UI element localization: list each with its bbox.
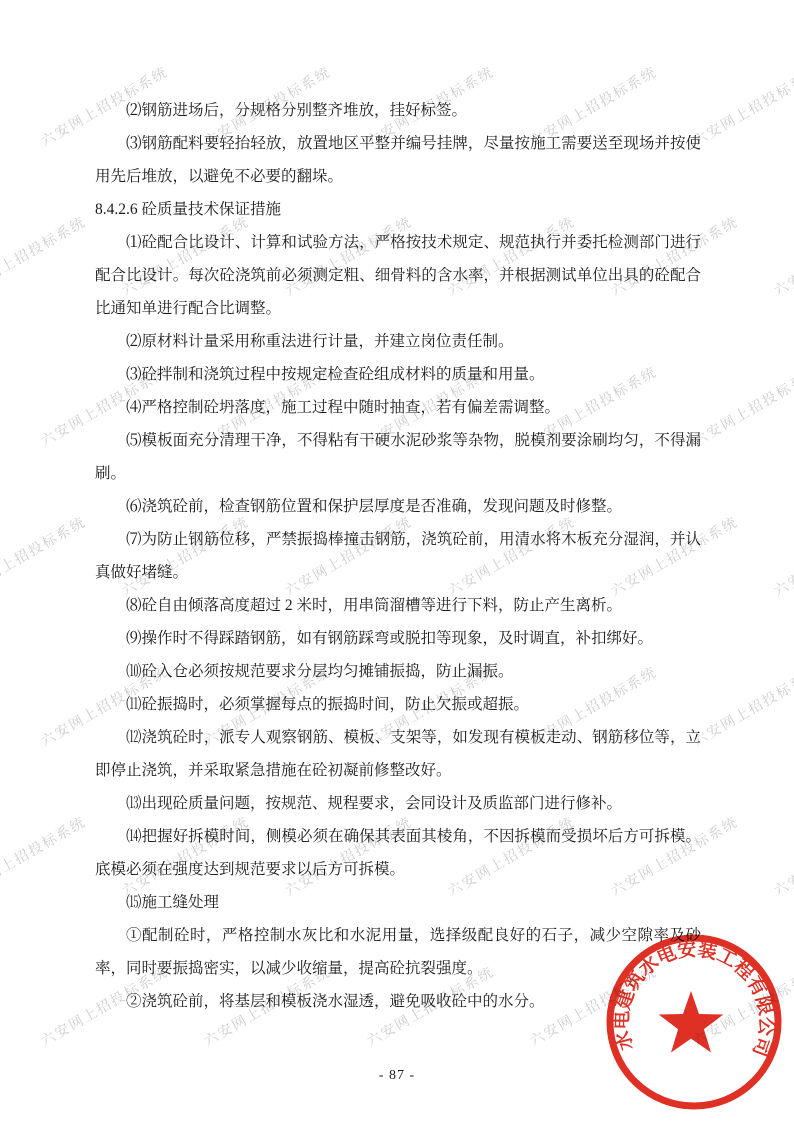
svg-text:水电建筑水电安装工程有限公司: 水电建筑水电安装工程有限公司 [610, 937, 778, 1059]
paragraph: ⑾砼振捣时，必须掌握每点的振捣时间，防止欠振或超振。 [95, 688, 701, 721]
paragraph: ⑼操作时不得踩踏钢筋，如有钢筋踩弯或脱扣等现象，及时调直，补扣绑好。 [95, 622, 701, 655]
seal-company-text: 水电建筑水电安装工程有限公司 [610, 937, 778, 1059]
watermark-text: 六安网上招投标系统 [770, 511, 794, 600]
paragraph: ⑵原材料计量采用称重法进行计量，并建立岗位责任制。 [95, 325, 701, 358]
watermark-text: 六安网上招投标系统 [770, 811, 794, 900]
paragraph: ⒂施工缝处理 [95, 886, 701, 919]
watermark-text: 六安网上招投标系统 [689, 361, 794, 450]
document-page: 六安网上招投标系统六安网上招投标系统六安网上招投标系统六安网上招投标系统六安网上… [0, 0, 794, 1122]
paragraph: ⑹浇筑砼前，检查钢筋位置和保护层厚度是否准确，发现问题及时修整。 [95, 490, 701, 523]
paragraph: ⒀出现砼质量问题，按规范、规程要求，会同设计及质监部门进行修补。 [95, 787, 701, 820]
paragraph: ⑿浇筑砼时，派专人观察钢筋、模板、支架等，如发现有模板走动、钢筋移位等，立即停止… [95, 721, 701, 787]
watermark-text: 六安网上招投标系统 [0, 511, 90, 600]
watermark-text: 六安网上招投标系统 [0, 811, 90, 900]
paragraph: ⑶砼拌制和浇筑过程中按规定检查砼组成材料的质量和用量。 [95, 358, 701, 391]
watermark-text: 六安网上招投标系统 [607, 0, 742, 1]
watermark-text: 六安网上招投标系统 [770, 0, 794, 1]
paragraph: ⑺为防止钢筋位移，严禁振捣棒撞击钢筋，浇筑砼前，用清水将木板充分湿润，并认真做好… [95, 523, 701, 589]
watermark-text: 六安网上招投标系统 [689, 61, 794, 150]
section-heading: 8.4.2.6 砼质量技术保证措施 [95, 193, 701, 226]
paragraph: ⑽砼入仓必须按规范要求分层均匀摊铺振捣，防止漏振。 [95, 655, 701, 688]
watermark-text: 六安网上招投标系统 [0, 211, 90, 300]
paragraph: ⑶钢筋配料要轻抬轻放，放置地区平整并编号挂牌，尽量按施工需要送至现场并按使用先后… [95, 127, 701, 193]
watermark-text: 六安网上招投标系统 [770, 211, 794, 300]
paragraph: ⒁把握好拆模时间，侧模必须在确保其表面其棱角，不因拆模而受损坏后方可拆模。底模必… [95, 820, 701, 886]
watermark-text: 六安网上招投标系统 [689, 661, 794, 750]
star-icon [659, 991, 724, 1053]
company-seal-stamp: 水电建筑水电安装工程有限公司 [594, 925, 794, 1122]
watermark-text: 六安网上招投标系统 [118, 0, 253, 1]
paragraph: ⑻砼自由倾落高度超过 2 米时，用串筒溜槽等进行下料，防止产生离析。 [95, 589, 701, 622]
paragraph: ⑴砼配合比设计、计算和试验方法，严格按技术规定、规范执行并委托检测部门进行配合比… [95, 226, 701, 325]
watermark-text: 六安网上招投标系统 [281, 0, 416, 1]
document-content: ⑵钢筋进场后，分规格分别整齐堆放，挂好标签。 ⑶钢筋配料要轻抬轻放，放置地区平整… [95, 94, 701, 1018]
watermark-text: 六安网上招投标系统 [0, 0, 90, 1]
watermark-text: 六安网上招投标系统 [444, 0, 579, 1]
paragraph: ⑸模板面充分清理干净，不得粘有干硬水泥砂浆等杂物，脱模剂要涂刷均匀，不得漏刷。 [95, 424, 701, 490]
paragraph: ⑷严格控制砼坍落度，施工过程中随时抽查，若有偏差需调整。 [95, 391, 701, 424]
paragraph: ⑵钢筋进场后，分规格分别整齐堆放，挂好标签。 [95, 94, 701, 127]
